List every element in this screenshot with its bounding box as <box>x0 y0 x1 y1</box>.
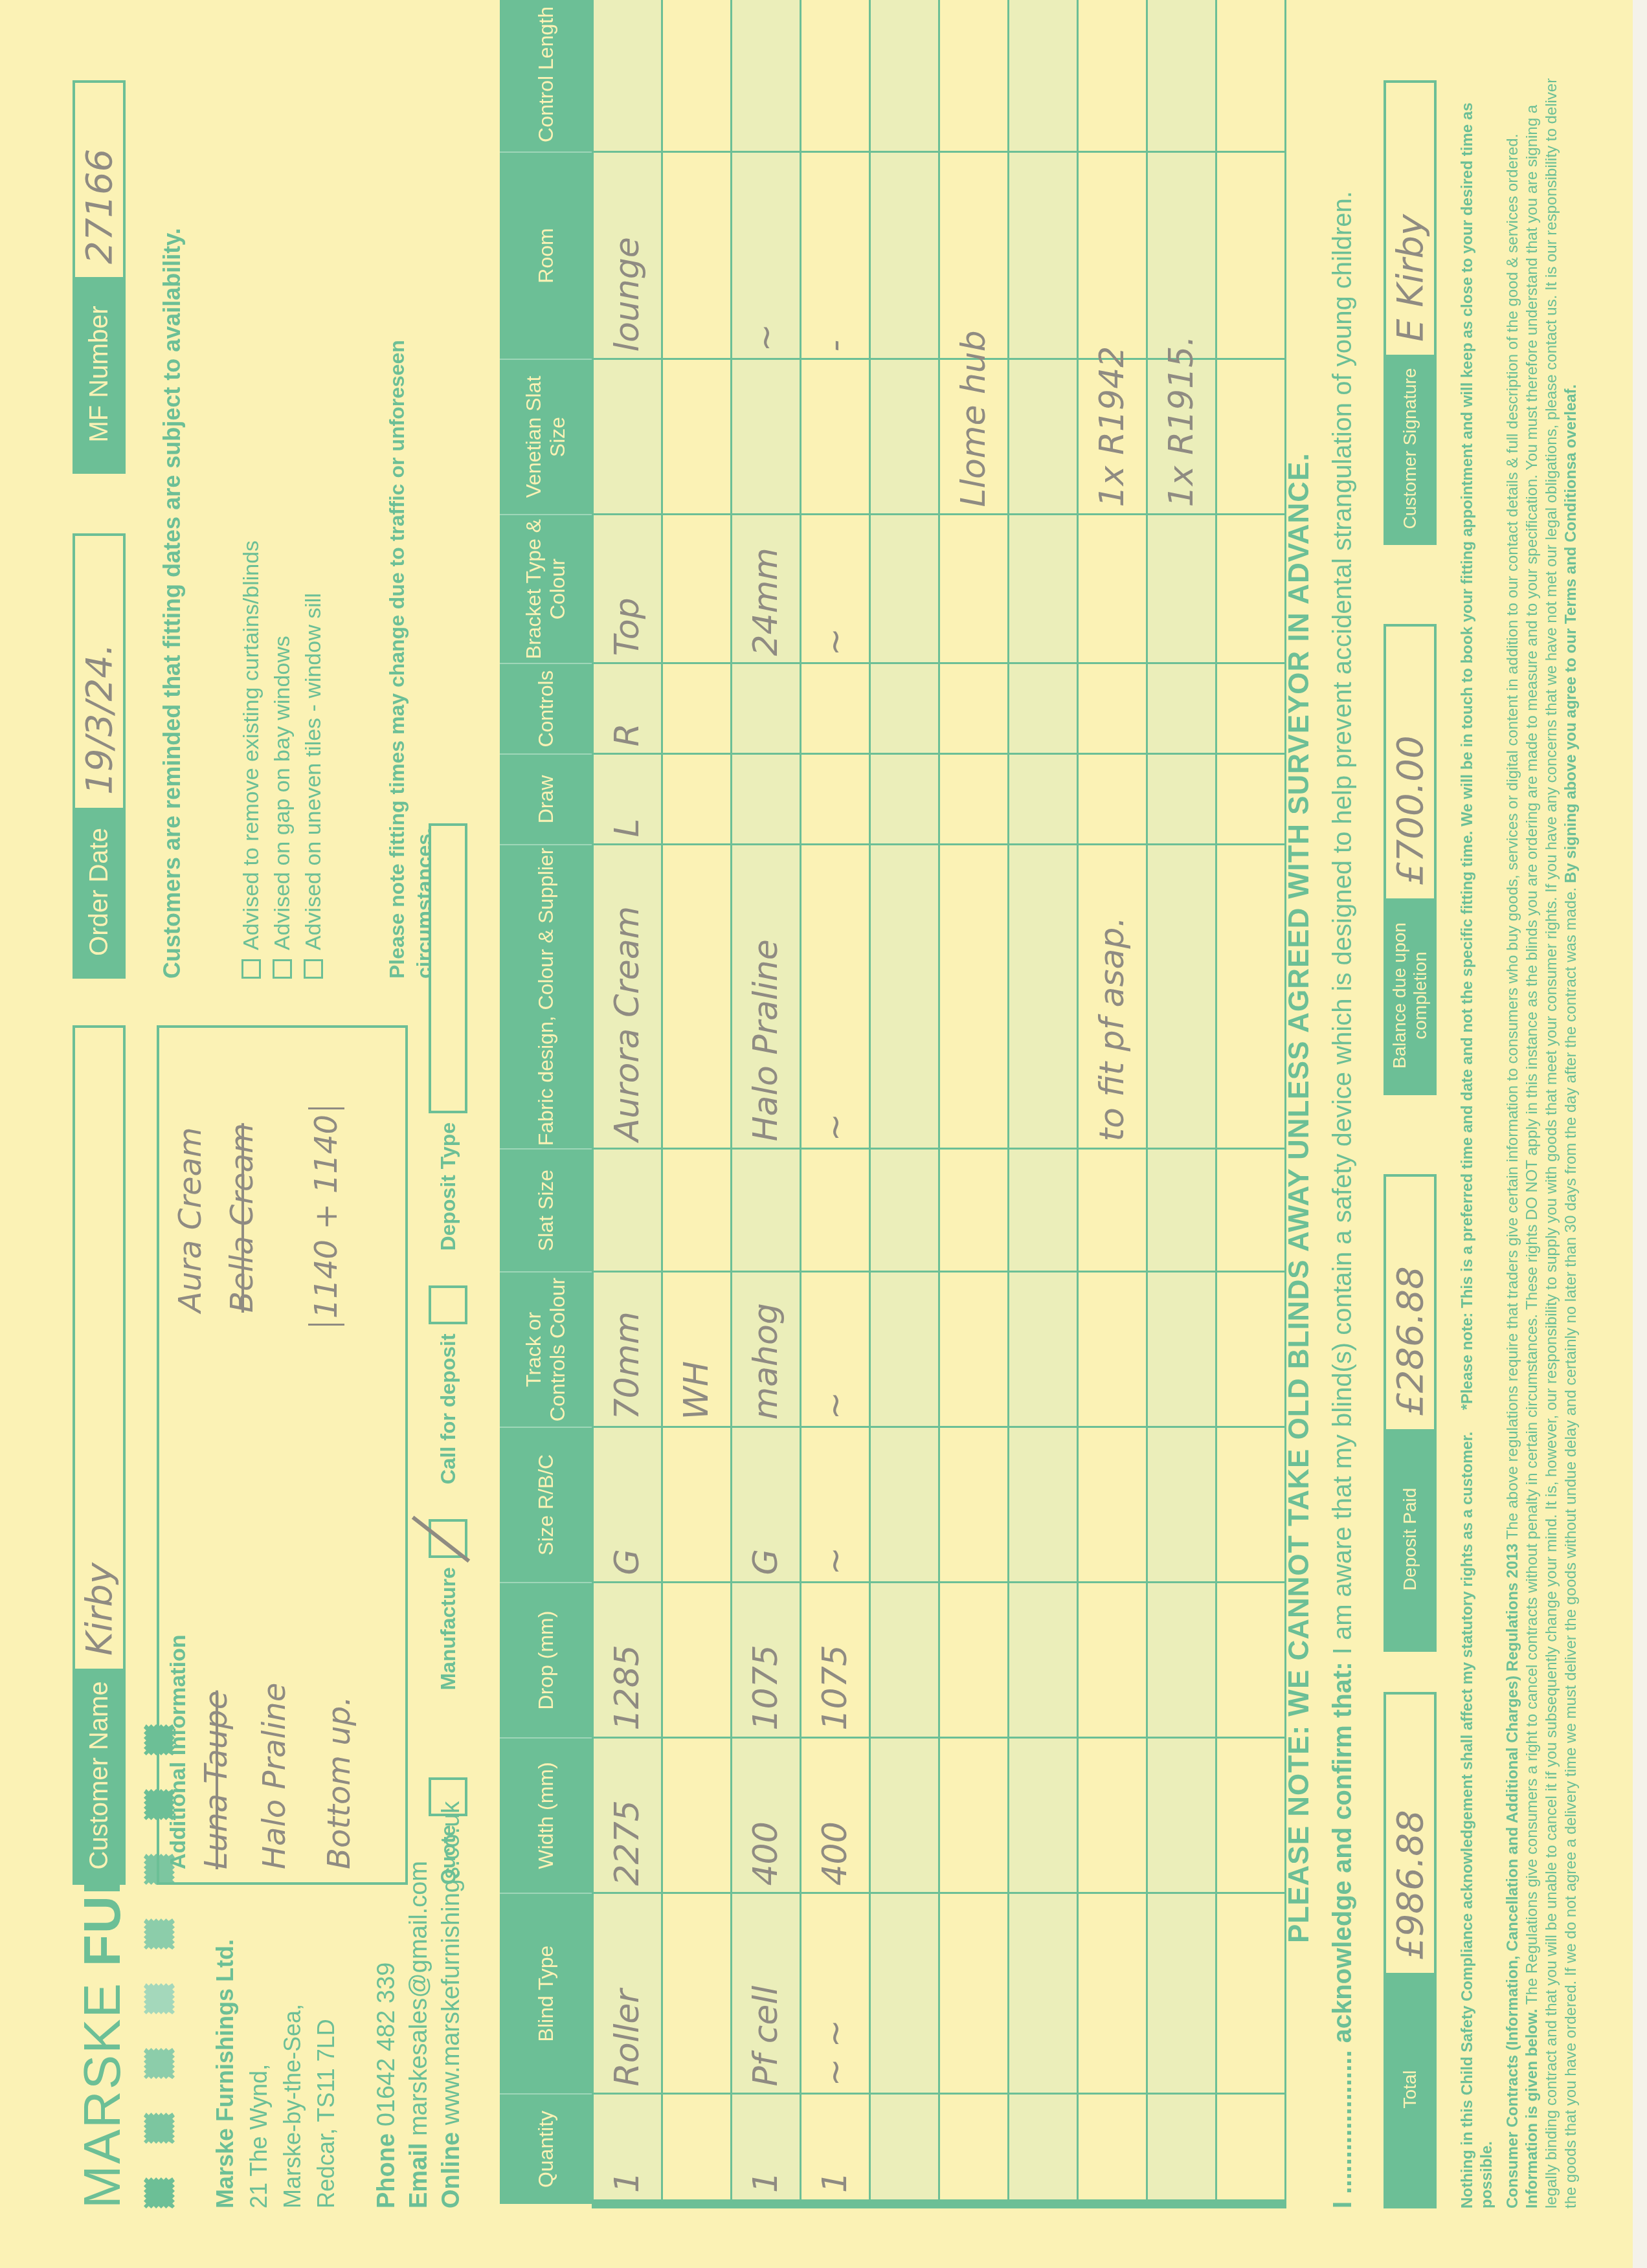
table-cell[interactable] <box>870 2094 939 2204</box>
advised-checklist: Advised to remove existing curtains/blin… <box>228 540 337 979</box>
table-cell[interactable] <box>1147 1583 1216 1738</box>
customer-signature-field[interactable]: Customer Signature E Kirby <box>1384 80 1437 545</box>
table-cell[interactable]: 1 <box>732 2094 801 2204</box>
table-cell[interactable] <box>1009 1272 1078 1427</box>
mf-number-label: MF Number <box>75 277 123 471</box>
table-cell[interactable] <box>1009 152 1078 359</box>
table-cell[interactable] <box>1078 152 1147 359</box>
table-cell[interactable]: 1x R1915. <box>1147 359 1216 515</box>
table-cell[interactable]: 1285 <box>593 1583 662 1738</box>
address-line: Marske-by-the-Sea, <box>276 1939 309 2208</box>
table-cell[interactable] <box>1009 1738 1078 1893</box>
phone-label: Phone <box>373 2133 400 2208</box>
fabric-swatch-icon <box>144 1983 175 2014</box>
table-cell[interactable] <box>1216 1272 1286 1427</box>
table-cell[interactable]: 1 <box>801 2094 870 2204</box>
customer-signature-value[interactable]: E Kirby <box>1386 83 1434 355</box>
table-cell[interactable]: 1075 <box>801 1583 870 1738</box>
order-date-value[interactable]: 19/3/24. <box>75 536 123 808</box>
statutory-rights-note: Nothing in this Child Safety Compliance … <box>1459 1432 1476 2208</box>
table-cell[interactable]: 400 <box>732 1738 801 1893</box>
old-blinds-warning: PLEASE NOTE: WE CANNOT TAKE OLD BLINDS A… <box>1283 452 1316 1943</box>
regulations-text: The above regulations require that trade… <box>1504 134 1521 1544</box>
table-cell[interactable] <box>870 1272 939 1427</box>
table-cell[interactable] <box>939 152 1009 359</box>
manufacture-checkbox[interactable] <box>429 1519 467 1558</box>
table-cell[interactable] <box>1078 1272 1147 1427</box>
table-cell[interactable] <box>732 663 801 754</box>
quote-checkbox[interactable] <box>429 1777 467 1816</box>
deposit-type-label: Deposit Type <box>436 1122 460 1251</box>
table-cell[interactable]: Top <box>593 515 662 663</box>
table-cell[interactable] <box>939 515 1009 663</box>
table-cell[interactable] <box>1147 2094 1216 2204</box>
table-row: to fit pf asap.1x R1942 <box>1078 0 1147 2204</box>
table-cell[interactable] <box>662 1583 732 1738</box>
table-cell[interactable] <box>1216 1583 1286 1738</box>
ack-name-blank: I .................... <box>1328 2051 1357 2209</box>
table-cell[interactable] <box>1216 845 1286 1149</box>
table-cell[interactable] <box>801 1149 870 1272</box>
company-address: Marske Furnishings Ltd. 21 The Wynd, Mar… <box>208 1939 343 2208</box>
table-cell[interactable] <box>801 663 870 754</box>
table-cell[interactable] <box>662 359 732 515</box>
table-cell[interactable] <box>1216 359 1286 515</box>
table-cell[interactable] <box>1009 663 1078 754</box>
table-cell[interactable] <box>1216 0 1286 152</box>
table-cell[interactable] <box>1216 754 1286 845</box>
table-cell[interactable] <box>870 152 939 359</box>
column-header: Control Length <box>500 0 593 152</box>
table-cell[interactable]: mahog <box>732 1272 801 1427</box>
table-cell[interactable] <box>1216 1893 1286 2094</box>
column-header: Controls <box>500 663 593 754</box>
table-cell[interactable] <box>1009 1583 1078 1738</box>
table-cell[interactable] <box>870 754 939 845</box>
table-cell[interactable]: G <box>593 1427 662 1583</box>
deposit-paid-value[interactable]: £286.88 <box>1386 1177 1434 1429</box>
table-cell[interactable] <box>870 1583 939 1738</box>
table-cell[interactable] <box>1216 1149 1286 1272</box>
safety-acknowledgement: I .................... acknowledge and c… <box>1328 191 1358 2208</box>
additional-info-line: Bottom up. <box>321 1696 357 1869</box>
table-cell[interactable] <box>662 1149 732 1272</box>
table-cell[interactable] <box>870 1427 939 1583</box>
table-row: 1x R1915. <box>1147 0 1216 2204</box>
table-cell[interactable] <box>593 0 662 152</box>
column-header: Slat Size <box>500 1149 593 1272</box>
column-header: Drop (mm) <box>500 1583 593 1738</box>
table-row: 1Pf cell4001075GmahogHalo Praline24mm~£3… <box>732 0 801 2204</box>
table-cell[interactable] <box>1147 1272 1216 1427</box>
table-cell[interactable] <box>1216 515 1286 663</box>
table-cell[interactable]: Roller <box>593 1893 662 2094</box>
ack-heading: acknowledge and confirm that: <box>1328 1662 1357 2043</box>
column-header: Room <box>500 152 593 359</box>
table-cell[interactable] <box>1147 845 1216 1149</box>
regulations-heading: Consumer Contracts (Information, Cancell… <box>1504 1544 1521 2208</box>
table-cell[interactable] <box>662 754 732 845</box>
advised-checkbox[interactable] <box>273 959 292 979</box>
column-header: Width (mm) <box>500 1738 593 1893</box>
table-cell[interactable] <box>1147 152 1216 359</box>
table-cell[interactable]: ~ ~ <box>801 1893 870 2094</box>
table-cell[interactable] <box>593 359 662 515</box>
table-cell[interactable] <box>939 0 1009 152</box>
table-cell[interactable] <box>1078 1583 1147 1738</box>
additional-info-line: Bella Cream <box>224 1123 260 1313</box>
address-line: Redcar, TS11 7LD <box>309 1939 343 2208</box>
table-cell[interactable] <box>732 754 801 845</box>
table-cell[interactable]: 1 <box>593 2094 662 2204</box>
table-cell[interactable] <box>870 663 939 754</box>
customer-signature-label: Customer Signature <box>1386 355 1434 542</box>
additional-info-line: Aura Cream <box>172 1127 208 1313</box>
company-name: Marske Furnishings Ltd. <box>208 1939 242 2208</box>
column-header: Quantity <box>500 2094 593 2204</box>
table-cell[interactable] <box>1078 1427 1147 1583</box>
column-header: Venetian Slat Size <box>500 359 593 515</box>
mf-number-value[interactable]: 27166 <box>75 83 123 277</box>
table-cell[interactable] <box>593 1149 662 1272</box>
table-cell[interactable] <box>1078 663 1147 754</box>
table-cell[interactable] <box>939 663 1009 754</box>
balance-due-field[interactable]: Balance due upon completion £700.00 <box>1384 624 1437 1095</box>
column-header: Track or Controls Colour <box>500 1272 593 1427</box>
table-cell[interactable] <box>1078 1149 1147 1272</box>
table-cell[interactable] <box>732 0 801 152</box>
table-cell[interactable]: Llome hub <box>939 359 1009 515</box>
table-cell[interactable] <box>1216 1738 1286 1893</box>
table-cell[interactable] <box>1147 754 1216 845</box>
fabric-swatch-icon <box>144 1918 175 1950</box>
table-cell[interactable] <box>870 515 939 663</box>
table-cell[interactable] <box>662 2094 732 2204</box>
advised-checkbox[interactable] <box>241 959 261 979</box>
table-cell[interactable]: Aurora Cream <box>593 845 662 1149</box>
additional-information-box[interactable]: Additional Information Luna Taupe Halo P… <box>157 1025 408 1885</box>
advised-item: Advised on uneven tiles - window sill <box>290 593 337 950</box>
quote-label: Quote <box>436 1825 460 1885</box>
fitting-times-notice: Please note fitting times may change due… <box>383 215 438 979</box>
phone-number: 01642 482 339 <box>373 1962 400 2127</box>
table-cell[interactable]: 400 <box>801 1738 870 1893</box>
advised-checkbox[interactable] <box>304 959 323 979</box>
availability-notice: Customers are reminded that fitting date… <box>157 215 188 979</box>
table-row: Llome hub£180- <box>939 0 1009 2204</box>
table-cell[interactable] <box>1009 845 1078 1149</box>
additional-information-title: Additional Information <box>166 1634 191 1869</box>
table-cell[interactable] <box>1078 0 1147 152</box>
table-cell[interactable] <box>1078 515 1147 663</box>
table-cell[interactable] <box>1147 515 1216 663</box>
table-cell[interactable] <box>1009 359 1078 515</box>
fabric-swatch-icon <box>144 2048 175 2079</box>
table-cell[interactable] <box>939 1583 1009 1738</box>
table-cell[interactable]: to fit pf asap. <box>1078 845 1147 1149</box>
deposit-paid-label: Deposit Paid <box>1386 1429 1434 1649</box>
table-cell[interactable]: Pf cell <box>732 1893 801 2094</box>
table-cell[interactable]: ~ <box>801 515 870 663</box>
table-cell[interactable] <box>870 1149 939 1272</box>
table-cell[interactable] <box>939 754 1009 845</box>
ack-text: I am aware that my blind(s) contain a sa… <box>1328 191 1357 1662</box>
order-type-options: Quote Manufacture Call for deposit Depos… <box>429 823 467 1885</box>
table-cell[interactable]: ~ <box>801 1272 870 1427</box>
table-cell[interactable] <box>870 1893 939 2094</box>
table-cell[interactable] <box>1078 754 1147 845</box>
table-row <box>870 0 939 2204</box>
table-cell[interactable] <box>662 1738 732 1893</box>
table-cell[interactable] <box>1009 0 1078 152</box>
table-cell[interactable] <box>870 359 939 515</box>
table-cell[interactable] <box>1216 663 1286 754</box>
table-cell[interactable] <box>939 1738 1009 1893</box>
table-cell[interactable] <box>732 359 801 515</box>
table-row: 1~ ~4001075~~~~- <box>801 0 870 2204</box>
table-cell[interactable]: ~ <box>801 845 870 1149</box>
table-cell[interactable] <box>939 1149 1009 1272</box>
table-cell[interactable] <box>1009 515 1078 663</box>
manufacture-label: Manufacture <box>436 1567 460 1690</box>
table-cell[interactable]: lounge <box>593 152 662 359</box>
column-header: Size R/B/C <box>500 1427 593 1583</box>
table-cell[interactable]: WH <box>662 1272 732 1427</box>
table-cell[interactable] <box>801 359 870 515</box>
balance-due-label: Balance due upon completion <box>1386 898 1434 1093</box>
address-line: 21 The Wynd, <box>242 1939 276 2208</box>
table-cell[interactable] <box>939 1893 1009 2094</box>
total-value[interactable]: £986.88 <box>1386 1695 1434 1973</box>
order-date-label: Order Date <box>75 808 123 976</box>
table-cell[interactable]: ~ <box>732 152 801 359</box>
call-for-deposit-checkbox[interactable] <box>429 1285 467 1324</box>
table-cell[interactable] <box>1147 1893 1216 2094</box>
table-header-row: QuantityBlind TypeWidth (mm)Drop (mm)Siz… <box>500 0 593 2204</box>
order-date-field[interactable]: Order Date 19/3/24. <box>73 533 126 979</box>
table-cell[interactable] <box>1078 1738 1147 1893</box>
total-field[interactable]: Total £986.88 <box>1384 1692 1437 2208</box>
table-cell[interactable] <box>1147 1149 1216 1272</box>
table-cell[interactable] <box>939 1272 1009 1427</box>
table-cell[interactable] <box>801 754 870 845</box>
table-cell[interactable] <box>1147 663 1216 754</box>
order-items-table: QuantityBlind TypeWidth (mm)Drop (mm)Siz… <box>500 0 1286 2208</box>
column-header: Blind Type <box>500 1893 593 2094</box>
table-cell[interactable]: 1x R1942 <box>1078 359 1147 515</box>
table-cell[interactable] <box>939 1427 1009 1583</box>
terms-agreement: By signing above you agree to our Terms … <box>1562 384 1580 883</box>
online-label: Online <box>438 2132 465 2208</box>
measurement-note: 1140 + 1140 <box>308 1107 344 1326</box>
column-header: Fabric design, Colour & Supplier <box>500 845 593 1149</box>
table-cell[interactable] <box>662 152 732 359</box>
table-row: 1Roller22751285G70mmAurora CreamLRToplou… <box>593 0 662 2204</box>
table-cell[interactable] <box>939 2094 1009 2204</box>
table-cell[interactable] <box>1009 2094 1078 2204</box>
balance-due-value[interactable]: £700.00 <box>1386 627 1434 898</box>
table-cell[interactable] <box>801 0 870 152</box>
table-row: WH£253.44 <box>662 0 732 2204</box>
table-cell[interactable] <box>662 845 732 1149</box>
fabric-swatch-icon <box>144 2113 175 2144</box>
table-cell[interactable]: R <box>593 663 662 754</box>
table-cell[interactable]: 24mm <box>732 515 801 663</box>
terms-fine-print: Nothing in this Child Safety Compliance … <box>1458 60 1581 2208</box>
table-cell[interactable] <box>1009 1149 1078 1272</box>
call-for-deposit-label: Call for deposit <box>436 1333 460 1484</box>
deposit-paid-field[interactable]: Deposit Paid £286.88 <box>1384 1174 1437 1652</box>
table-cell[interactable] <box>662 0 732 152</box>
email-address: marskesales@gmail.com <box>405 1861 432 2136</box>
table-cell[interactable] <box>662 1427 732 1583</box>
table-cell[interactable] <box>870 0 939 152</box>
email-label: Email <box>405 2143 432 2208</box>
table-cell[interactable] <box>1216 2094 1286 2204</box>
customer-name-label: Customer Name <box>75 1669 123 1882</box>
table-cell[interactable] <box>1009 754 1078 845</box>
table-cell[interactable]: G <box>732 1427 801 1583</box>
table-cell[interactable] <box>1147 1738 1216 1893</box>
fabric-swatch-icon <box>144 2177 175 2208</box>
table-cell[interactable]: 2275 <box>593 1738 662 1893</box>
column-header: Bracket Type & Colour <box>500 515 593 663</box>
table-cell[interactable] <box>1216 1427 1286 1583</box>
table-cell[interactable] <box>870 1738 939 1893</box>
mf-number-field[interactable]: MF Number 27166 <box>73 80 126 474</box>
table-cell[interactable] <box>939 845 1009 1149</box>
table-cell[interactable] <box>870 845 939 1149</box>
table-cell[interactable] <box>1078 1893 1147 2094</box>
table-cell[interactable] <box>1147 1427 1216 1583</box>
table-row <box>1216 0 1286 2204</box>
column-header: Draw <box>500 754 593 845</box>
table-cell[interactable]: - <box>801 152 870 359</box>
scan-edge <box>1633 0 1647 2268</box>
additional-info-line: Luna Taupe <box>198 1691 234 1869</box>
table-cell[interactable]: L <box>593 754 662 845</box>
table-cell[interactable] <box>662 515 732 663</box>
table-cell[interactable] <box>1216 152 1286 359</box>
table-cell[interactable] <box>1009 1893 1078 2094</box>
additional-info-line: Halo Praline <box>256 1683 293 1869</box>
customer-name-value[interactable]: Kirby <box>75 1028 123 1669</box>
logo-light-text: MARSKE <box>73 1966 131 2208</box>
table-cell[interactable]: 70mm <box>593 1272 662 1427</box>
information-heading: Information is given below. <box>1523 2009 1541 2208</box>
table-cell[interactable]: Halo Praline <box>732 845 801 1149</box>
table-cell[interactable] <box>1147 0 1216 152</box>
table-cell[interactable] <box>732 1149 801 1272</box>
table-cell[interactable]: ~ <box>801 1427 870 1583</box>
order-form: MARSKE FURNISHINGS Marske Furnishings Lt… <box>34 21 1613 2247</box>
customer-name-field[interactable]: Customer Name Kirby <box>73 1025 126 1885</box>
total-label: Total <box>1386 1973 1434 2206</box>
table-cell[interactable] <box>662 1893 732 2094</box>
table-cell[interactable]: 1075 <box>732 1583 801 1738</box>
table-cell[interactable] <box>1009 1427 1078 1583</box>
table-cell[interactable] <box>662 663 732 754</box>
table-row <box>1009 0 1078 2204</box>
table-cell[interactable] <box>1078 2094 1147 2204</box>
